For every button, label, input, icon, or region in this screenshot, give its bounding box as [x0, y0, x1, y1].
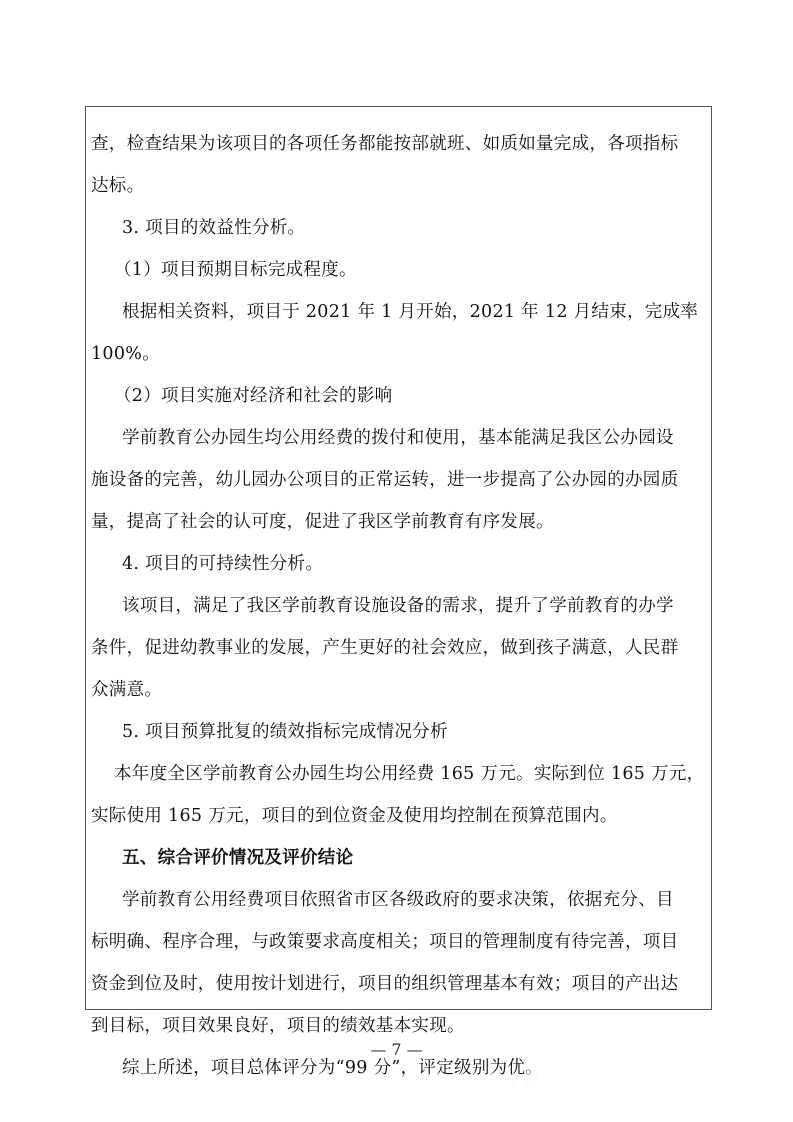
page-number: — 7 — — [0, 1040, 793, 1059]
conclusion-text: 综上所述，项目总体评分为“99 分”，评定级别为优 — [122, 1058, 525, 1078]
content-frame: 查，检查结果为该项目的各项任务都能按部就班、如质如量完成，各项指标 达标。 3.… — [85, 106, 712, 1010]
chapter-heading: 五、综合评价情况及评价结论 — [122, 844, 353, 869]
subheading-1: （1）项目预期目标完成程度。 — [114, 256, 357, 281]
paragraph-line: 施设备的完善，幼儿园办公项目的正常运转，进一步提高了公办园的办园质 — [91, 466, 678, 491]
paragraph-line: 到目标，项目效果良好，项目的绩效基本实现。 — [91, 1012, 465, 1037]
section-heading-3: 3. 项目的效益性分析。 — [122, 214, 305, 239]
paragraph-line: 标明确、程序合理，与政策要求高度相关；项目的管理制度有待完善，项目 — [91, 928, 678, 953]
paragraph-line: 实际使用 165 万元，项目的到位资金及使用均控制在预算范围内。 — [91, 802, 618, 827]
paragraph-line: 本年度全区学前教育公办园生均公用经费 165 万元。实际到位 165 万元， — [114, 760, 704, 785]
paragraph-line: 该项目，满足了我区学前教育设施设备的需求，提升了学前教育的办学 — [122, 592, 674, 617]
paragraph-line: 众满意。 — [91, 676, 162, 701]
paragraph-line: 达标。 — [91, 172, 144, 197]
paragraph-line: 资金到位及时，使用按计划进行，项目的组织管理基本有效；项目的产出达 — [91, 970, 678, 995]
final-mark: 。 — [525, 1058, 543, 1078]
section-heading-4: 4. 项目的可持续性分析。 — [122, 550, 323, 575]
paragraph-line: 学前教育公用经费项目依照省市区各级政府的要求决策，依据充分、目 — [122, 886, 674, 911]
subheading-2: （2）项目实施对经济和社会的影响 — [114, 382, 392, 407]
paragraph-line: 学前教育公办园生均公用经费的拨付和使用，基本能满足我区公办园设 — [122, 424, 674, 449]
paragraph-line: 量，提高了社会的认可度，促进了我区学前教育有序发展。 — [91, 508, 554, 533]
paragraph-line: 根据相关资料，项目于 2021 年 1 月开始，2021 年 12 月结束，完成… — [122, 298, 698, 323]
paragraph-line: 查，检查结果为该项目的各项任务都能按部就班、如质如量完成，各项指标 — [91, 130, 678, 155]
paragraph-line: 条件，促进幼教事业的发展，产生更好的社会效应，做到孩子满意，人民群 — [91, 634, 678, 659]
section-heading-5: 5. 项目预算批复的绩效指标完成情况分析 — [122, 718, 448, 743]
paragraph-line: 100%。 — [91, 340, 160, 365]
